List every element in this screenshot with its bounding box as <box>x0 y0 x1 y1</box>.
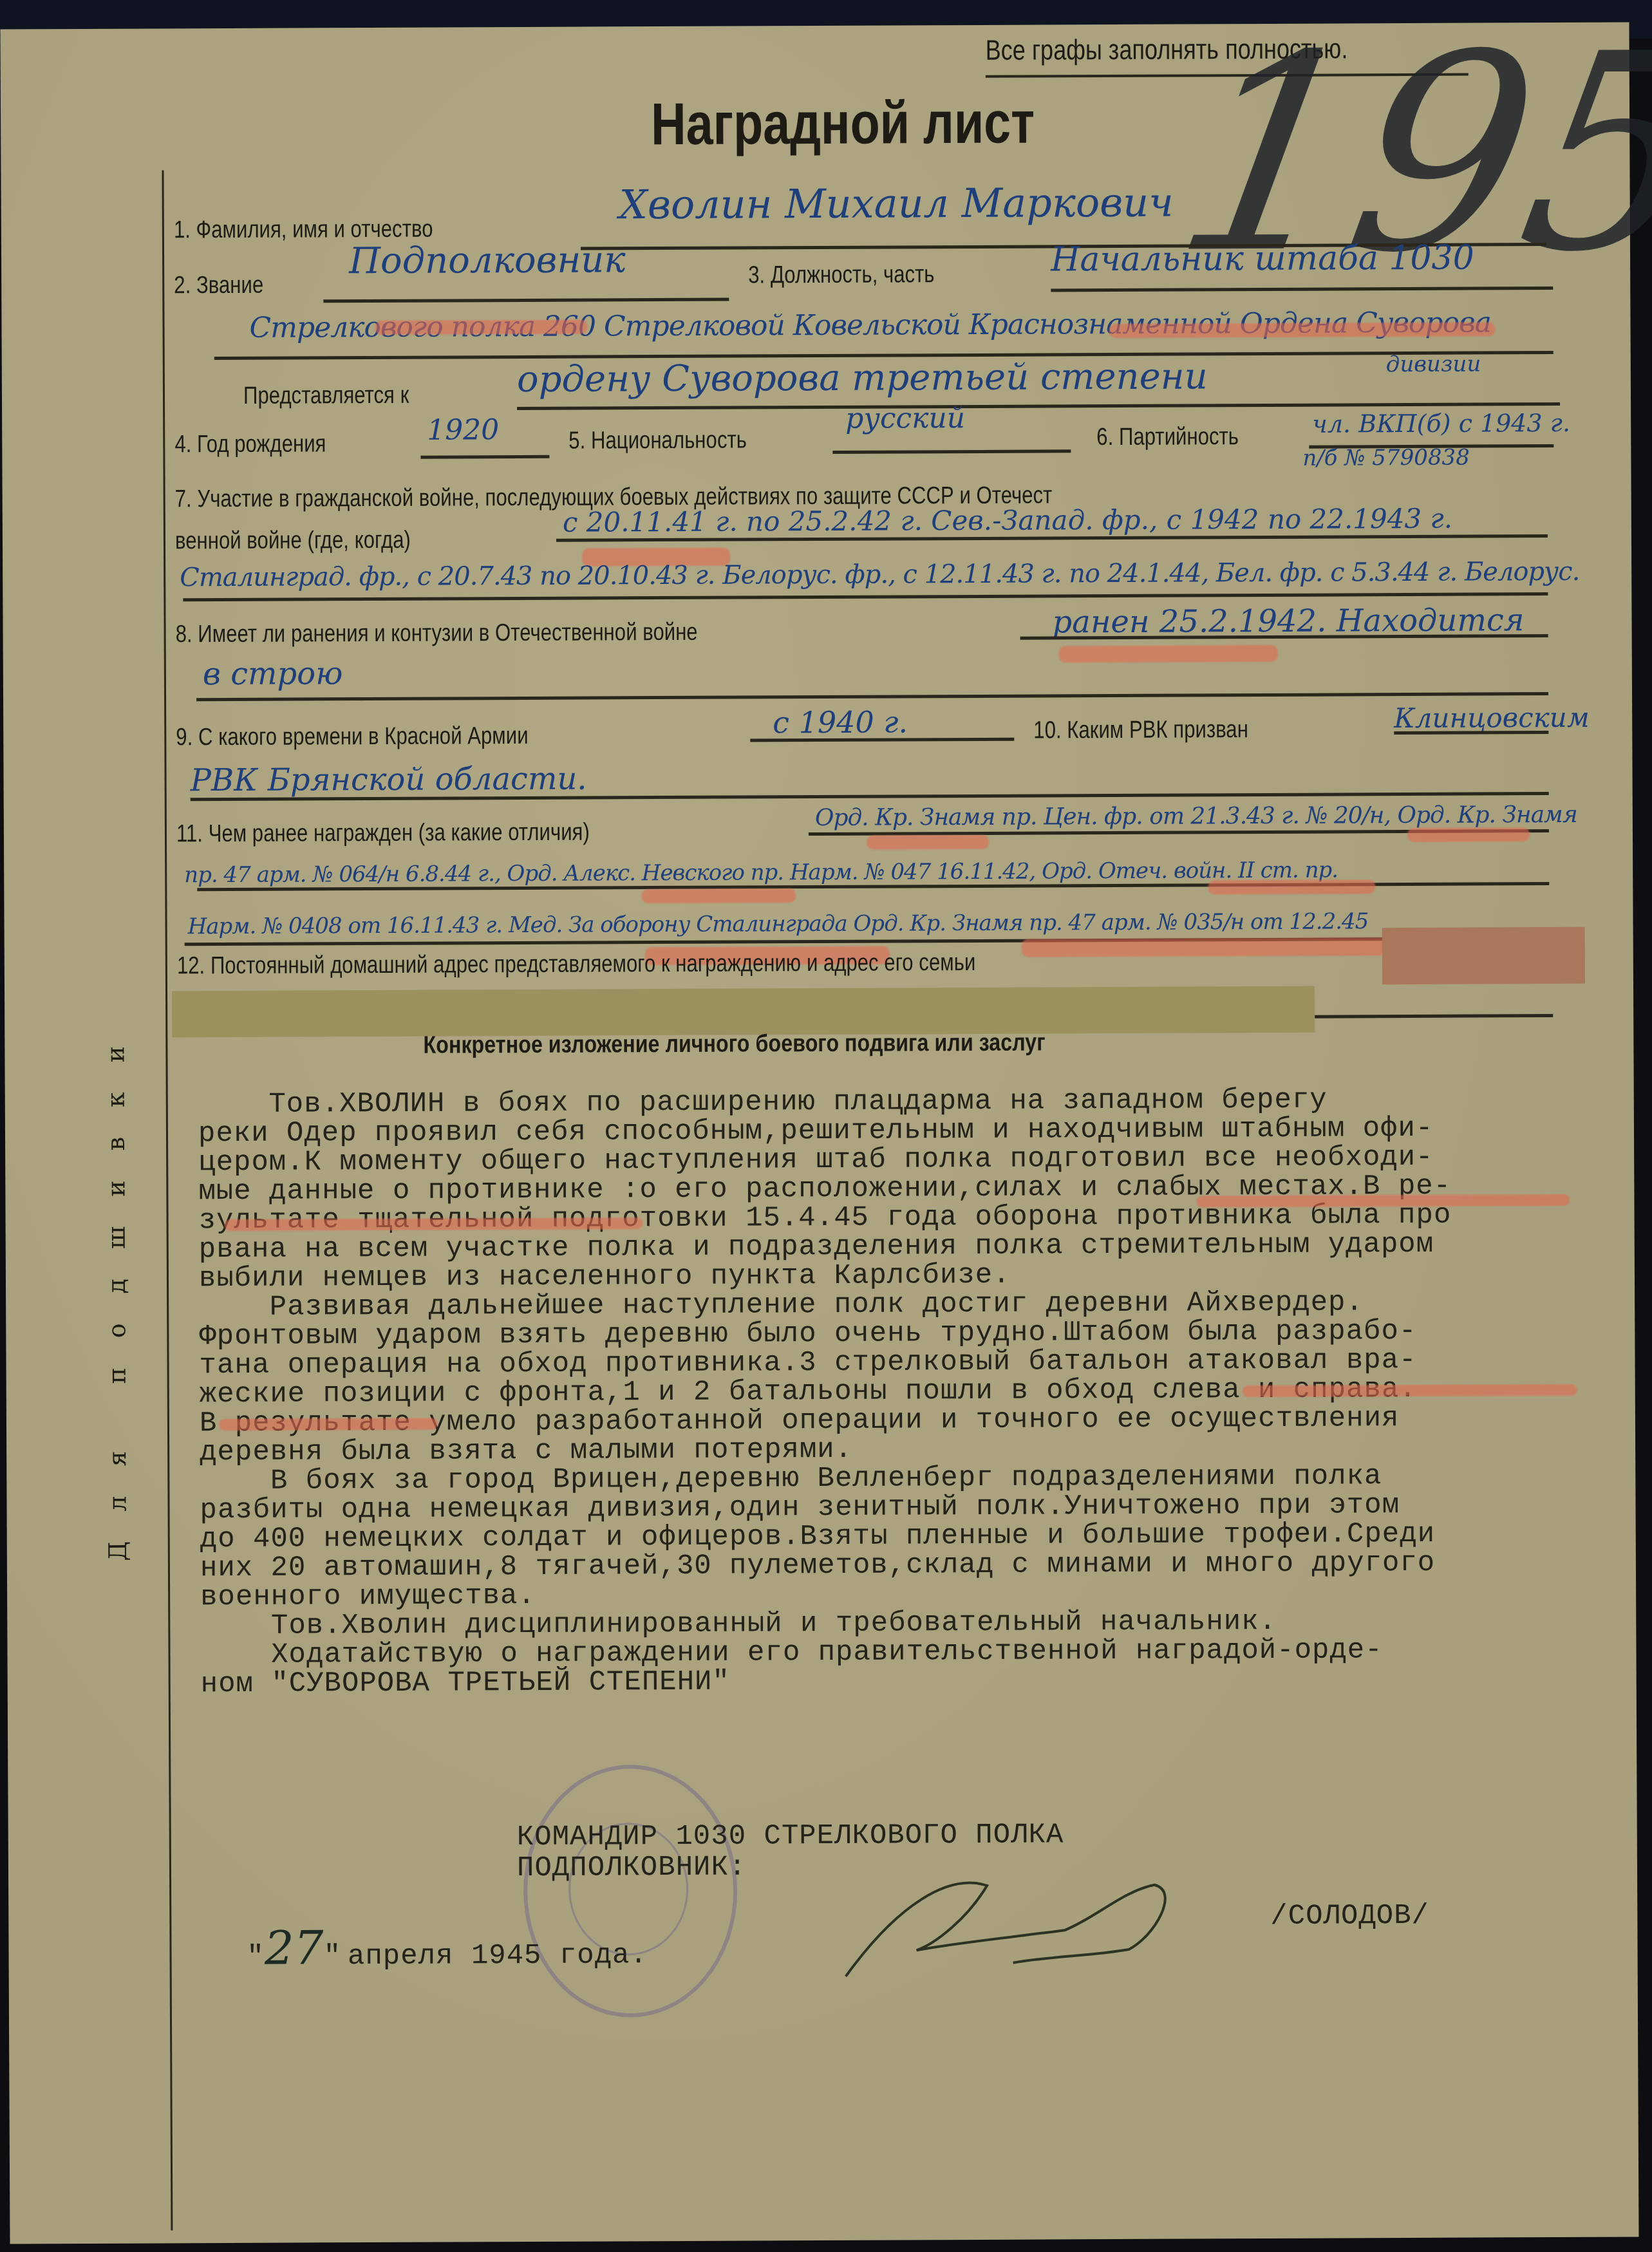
field-3-value-cont2: дивизии <box>1386 352 1481 378</box>
red-pencil-mark <box>1243 1384 1577 1397</box>
handwritten-signature <box>820 1865 1258 1983</box>
margin-fold-line <box>162 170 173 2230</box>
page-title: Наградной лист <box>651 89 1035 159</box>
signatory-rank: ПОДПОЛКОВНИК: <box>517 1853 746 1884</box>
redacted-address <box>172 986 1315 1038</box>
field-4-value: 1920 <box>427 413 499 446</box>
field-9-value: с 1940 г. <box>773 704 908 740</box>
field-12-label: 12. Постоянный домашний адрес представля… <box>177 949 976 980</box>
red-pencil-mark <box>375 320 587 335</box>
field-9-label: 9. С какого времени в Красной Армии <box>176 722 528 751</box>
red-pencil-mark <box>1109 322 1496 338</box>
field-3-value: Начальник штаба 1030 <box>1051 239 1474 279</box>
field-12-line <box>1315 1014 1553 1018</box>
nominated-label: Представляется к <box>243 382 409 410</box>
field-5-line <box>832 449 1071 454</box>
date-close-quote: " <box>324 1942 342 1971</box>
red-pencil-mark <box>1208 879 1375 894</box>
field-6-label: 6. Партийность <box>1096 423 1239 451</box>
field-6-value-cont: п/б № 5790838 <box>1302 445 1470 471</box>
field-10-line <box>1394 731 1548 735</box>
field-2-line <box>323 298 729 303</box>
date-day: 27 <box>265 1920 324 1975</box>
field-10-value: Клинцовским <box>1394 702 1590 734</box>
field-8-label: 8. Имеет ли ранения и контузии в Отечест… <box>176 619 698 649</box>
field-1-value: Хволин Михаил Маркович <box>619 179 1174 229</box>
field-7-label-cont: венной войне (где, когда) <box>175 527 411 556</box>
date-month-year: апреля 1945 года. <box>348 1941 648 1971</box>
field-2-value: Подполковник <box>349 239 626 282</box>
field-4-line <box>420 455 549 459</box>
narrative-heading: Конкретное изложение личного боевого под… <box>423 1029 1046 1059</box>
field-5-value: русский <box>845 402 965 435</box>
award-sheet: Все графы заполнять полностью. Наградной… <box>1 22 1639 2244</box>
red-pencil-mark <box>867 835 989 850</box>
narrative-line: Ходатайствую о награждении его правитель… <box>200 1636 1453 1670</box>
narrative-line: них 20 автомашин,8 тягачей,30 пулеметов,… <box>200 1549 1453 1583</box>
red-pencil-mark <box>641 888 796 903</box>
field-3-label: 3. Должность, часть <box>748 261 935 289</box>
red-pencil-mark <box>1059 645 1278 662</box>
field-4-label: 4. Год рождения <box>174 430 326 458</box>
field-2-label: 2. Звание <box>174 272 263 300</box>
field-8-value-cont: в строю <box>203 655 343 692</box>
signatory-name: /СОЛОДОВ/ <box>1270 1902 1429 1931</box>
sign-date: " 27 " апреля 1945 года. <box>247 1919 648 1975</box>
field-11-label: 11. Чем ранее награжден (за какие отличи… <box>176 819 590 849</box>
red-pencil-mark <box>225 1217 643 1231</box>
field-7-line-2 <box>183 592 1548 601</box>
field-11-value: Орд. Кр. Знамя пр. Цен. фр. от 21.3.43 г… <box>815 802 1577 831</box>
field-7-value-cont: Сталинград. фр., с 20.7.43 по 20.10.43 г… <box>180 557 1579 592</box>
field-5-label: 5. Национальность <box>568 426 747 455</box>
date-open-quote: " <box>247 1943 265 1972</box>
field-8-line-2 <box>196 692 1548 701</box>
field-10-label: 10. Каким РВК призван <box>1033 716 1248 744</box>
margin-binding-text: Для подшивки <box>101 1017 132 1561</box>
signatory-position: КОМАНДИР 1030 СТРЕЛКОВОГО ПОЛКА <box>517 1821 1064 1852</box>
red-pencil-mark <box>1196 1194 1570 1208</box>
red-pencil-mark <box>1407 827 1530 842</box>
redacted-address-part <box>1382 927 1585 984</box>
narrative-line: ном "СУВОРОВА ТРЕТЬЕЙ СТЕПЕНИ" <box>201 1665 1454 1699</box>
red-pencil-mark <box>219 1418 438 1431</box>
field-10-value-cont: РВК Брянской области. <box>190 761 587 799</box>
field-11-value-cont2: Нарм. № 0408 от 16.11.43 г. Мед. За обор… <box>188 908 1369 939</box>
field-9-line <box>750 738 1014 742</box>
field-6-value: чл. ВКП(б) с 1943 г. <box>1312 409 1570 438</box>
field-7-value: с 20.11.41 г. по 25.2.42 г. Сев.-Запад. … <box>563 503 1452 538</box>
nominated-value: ордену Суворова третьей степени <box>517 355 1208 400</box>
